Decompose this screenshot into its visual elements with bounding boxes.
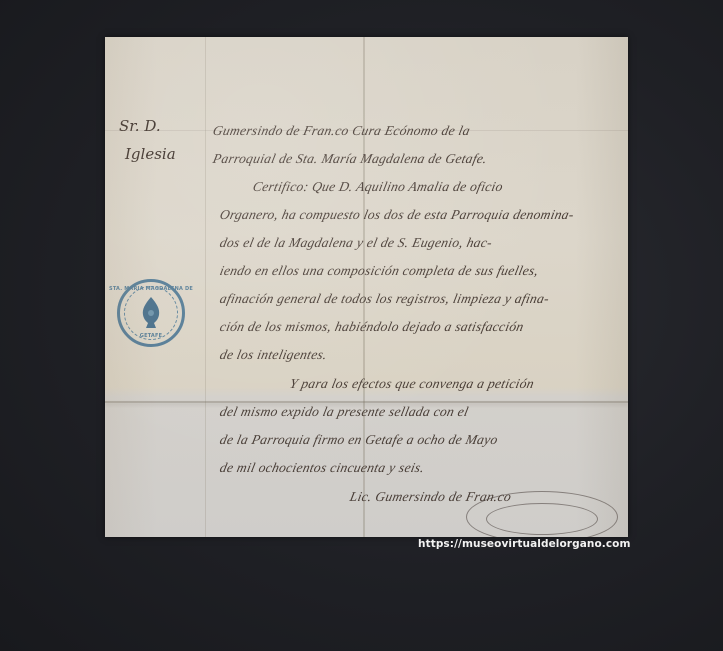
text-line: ción de los mismos, habiéndolo dejado a …	[218, 319, 525, 335]
stamp-top-text: STA. MARIA MAGDALENA DE	[109, 286, 193, 292]
text-line: de los inteligentes.	[218, 347, 328, 363]
text-line: Gumersindo de Fran.co Cura Ecónomo de la	[211, 123, 471, 139]
margin-note-iglesia: Iglesia	[125, 147, 176, 162]
text-line: afinación general de todos los registros…	[218, 291, 550, 307]
text-line: dos el de la Magdalena y el de S. Eugeni…	[218, 235, 493, 251]
watermark-url: https://museovirtualdelorgano.com	[418, 538, 631, 550]
parish-stamp: STA. MARIA MAGDALENA DE GETAFE	[117, 279, 185, 347]
fold-line-vertical-left	[205, 37, 206, 537]
document-page: Sr. D. Iglesia Gumersindo de Fran.co Cur…	[105, 37, 628, 537]
text-line: de mil ochocientos cincuenta y seis.	[218, 460, 426, 476]
text-line: del mismo expido la presente sellada con…	[218, 404, 470, 420]
text-line: iendo en ellos una composición completa …	[218, 263, 540, 279]
reliquary-emblem-icon	[140, 296, 162, 330]
stamp-bottom-text: GETAFE	[140, 333, 162, 339]
text-line: Organero, ha compuesto los dos de esta P…	[218, 207, 575, 223]
text-line: de la Parroquia firmo en Getafe a ocho d…	[218, 432, 499, 448]
text-line: Y para los efectos que convenga a petici…	[288, 376, 535, 392]
text-line: Certifico: Que D. Aquilino Amalia de ofi…	[251, 179, 504, 195]
text-line: Parroquial de Sta. María Magdalena de Ge…	[211, 151, 488, 167]
fold-line-horizontal-middle	[105, 401, 628, 403]
margin-note-salutation: Sr. D.	[119, 119, 161, 134]
signature-flourish	[486, 503, 598, 535]
